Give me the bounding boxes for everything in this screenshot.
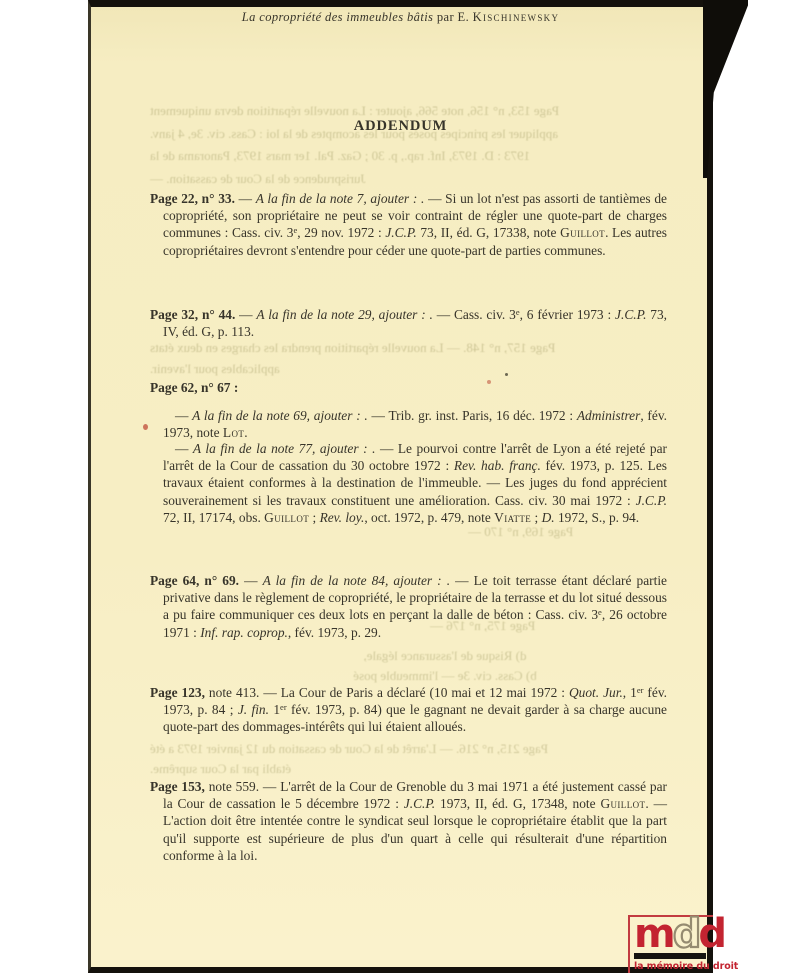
addendum-entry-page-22: Page 22, n° 33. — A la fin de la note 7,… (150, 190, 667, 259)
author-name: Kischinewsky (473, 10, 560, 24)
book-title: La copropriété des immeubles bâtis (242, 10, 434, 24)
addendum-entry-page-32: Page 32, n° 44. — A la fin de la note 29… (150, 306, 667, 340)
bleed-through-text: Page 153, n° 156, note 566, ajouter : La… (150, 100, 667, 190)
bleed-through-text: d) Risque de l'assurance légale,b) Cass.… (295, 646, 595, 686)
addendum-entry-page-62-heading: Page 62, n° 67 : (150, 379, 667, 396)
mdd-logo-letters: mdd (634, 919, 713, 950)
addendum-entry-page-123: Page 123, note 413. — La Cour de Paris a… (150, 684, 667, 736)
addendum-entry-note-69: — A la fin de la note 69, ajouter : . — … (150, 407, 667, 441)
logo-letter-d-outline: d (673, 911, 699, 957)
page-title: ADDENDUM (88, 118, 713, 135)
byline: par E. (433, 10, 472, 24)
addendum-entry-page-153: Page 153, note 559. — L'arrêt de la Cour… (150, 778, 667, 864)
scanned-document: Page 153, n° 156, note 566, ajouter : La… (0, 0, 800, 976)
logo-letter-d: d (698, 911, 724, 957)
running-header: La copropriété des immeubles bâtis par E… (88, 10, 713, 25)
bleed-through-text: Page 157, n° 148. — La nouvelle répartit… (150, 337, 655, 379)
scan-speck (143, 424, 148, 430)
logo-letter-m: m (634, 911, 673, 957)
mdd-logo: mdd la mémoire du droit (628, 915, 713, 973)
addendum-entry-note-77: — A la fin de la note 77, ajouter : . — … (150, 440, 667, 526)
logo-tagline: la mémoire du droit (634, 961, 713, 972)
scan-speck (487, 380, 491, 384)
scan-speck (505, 373, 508, 376)
addendum-entry-page-64: Page 64, n° 69. — A la fin de la note 84… (150, 572, 667, 641)
bleed-through-text: Page 215, n° 216. — L'arrêt de la Cour d… (150, 739, 665, 779)
